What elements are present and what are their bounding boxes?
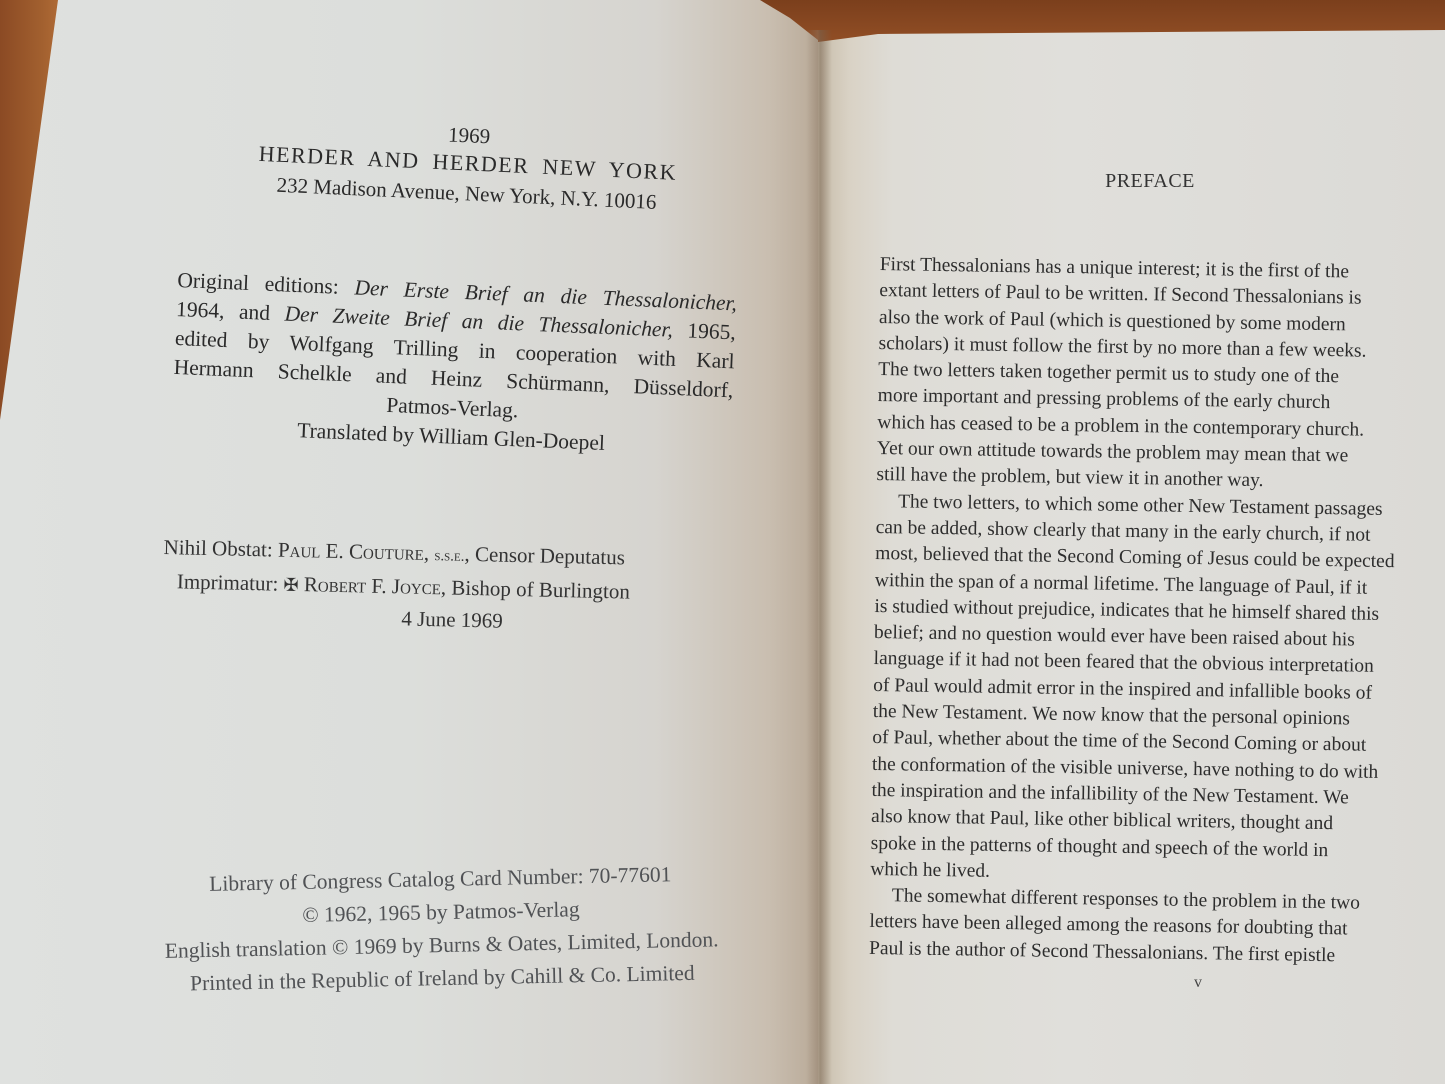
copyright-block: Library of Congress Catalog Card Number:… <box>110 856 773 1002</box>
bishop-title: Bishop of Burlington <box>451 576 630 604</box>
preface-heading: PREFACE <box>1080 170 1220 193</box>
page-number: v <box>1188 974 1208 992</box>
censor-title: Censor Deputatus <box>475 542 625 569</box>
maltese-cross-icon: ✠ <box>283 575 299 595</box>
original-editions-note: Original editions: Der Erste Brief an di… <box>171 266 738 463</box>
bishop-name: Robert F. Joyce <box>304 572 442 599</box>
censor-name: Paul E. Couture <box>278 538 424 565</box>
ecclesiastical-approval: Nihil Obstat: Paul E. Couture, s.s.e., C… <box>162 532 744 642</box>
imprimatur-label: Imprimatur: <box>177 569 279 595</box>
original-year-first: 1964, and <box>176 297 271 325</box>
preface-body-text: First Thessalonians has a unique interes… <box>869 252 1445 971</box>
editions-label: Original editions: <box>177 268 339 299</box>
nihil-obstat-label: Nihil Obstat: <box>163 535 273 561</box>
censor-order: s.s.e. <box>434 548 465 565</box>
original-year-second: 1965, <box>687 318 736 344</box>
